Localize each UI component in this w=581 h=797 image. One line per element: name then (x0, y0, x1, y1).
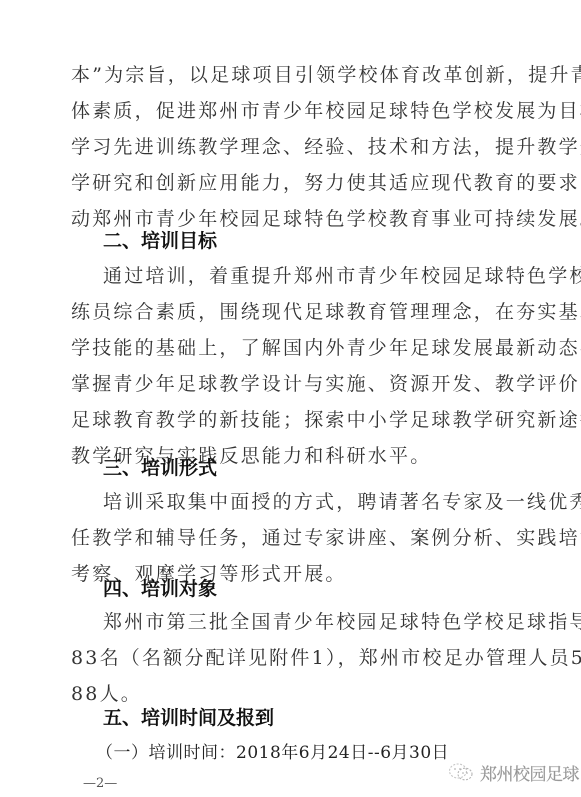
intro-line-4: 学研究和创新应用能力，努力使其适应现代教育的要求，从而推 (71, 171, 519, 195)
section-heading-training-goals: 二、培训目标 (103, 228, 217, 254)
participants-line-3: 88人。 (71, 682, 519, 706)
intro-line-3: 学习先进训练教学理念、经验、技术和方法，提升教学开发、教 (71, 135, 519, 159)
section-heading-training-format: 三、培训形式 (103, 455, 217, 481)
goals-line-4: 掌握青少年足球教学设计与实施、资源开发、教学评价以及现代 (71, 372, 519, 396)
participants-line-2: 83名（名额分配详见附件1），郑州市校足办管理人员5名，总计 (71, 646, 519, 670)
goals-line-3: 学技能的基础上，了解国内外青少年足球发展最新动态与趋势； (71, 336, 519, 360)
format-line-2: 任教学和辅导任务，通过专家讲座、案例分析、实践培训、实地 (71, 526, 519, 550)
format-line-1: 培训采取集中面授的方式，聘请著名专家及一线优秀名师担 (103, 490, 519, 514)
intro-line-2: 体素质，促进郑州市青少年校园足球特色学校发展为目标，通过 (71, 99, 519, 123)
goals-line-1: 通过培训，着重提升郑州市青少年校园足球特色学校足球教 (103, 264, 519, 288)
goals-line-5: 足球教育教学的新技能；探索中小学足球教学研究新途径，提高 (71, 408, 519, 432)
document-page: 本”为宗旨，以足球项目引领学校体育改革创新，提升青少年身 体素质，促进郑州市青少… (0, 0, 581, 797)
watermark-text: 郑州校园足球 (480, 760, 579, 785)
intro-line-1: 本”为宗旨，以足球项目引领学校体育改革创新，提升青少年身 (71, 63, 519, 87)
participants-line-1: 郑州市第三批全国青少年校园足球特色学校足球指导教师 (103, 610, 519, 634)
section-heading-training-time-registration: 五、培训时间及报到 (103, 705, 274, 731)
wechat-watermark: 郑州校园足球 (448, 760, 579, 784)
goals-line-2: 练员综合素质，围绕现代足球教育管理理念，在夯实基本足球教 (71, 300, 519, 324)
section-heading-training-participants: 四、培训对象 (103, 576, 217, 602)
training-time-item: （一）培训时间：2018年6月24日--6月30日 (96, 741, 449, 765)
page-number: —2— (83, 776, 117, 792)
wechat-icon (448, 762, 474, 782)
